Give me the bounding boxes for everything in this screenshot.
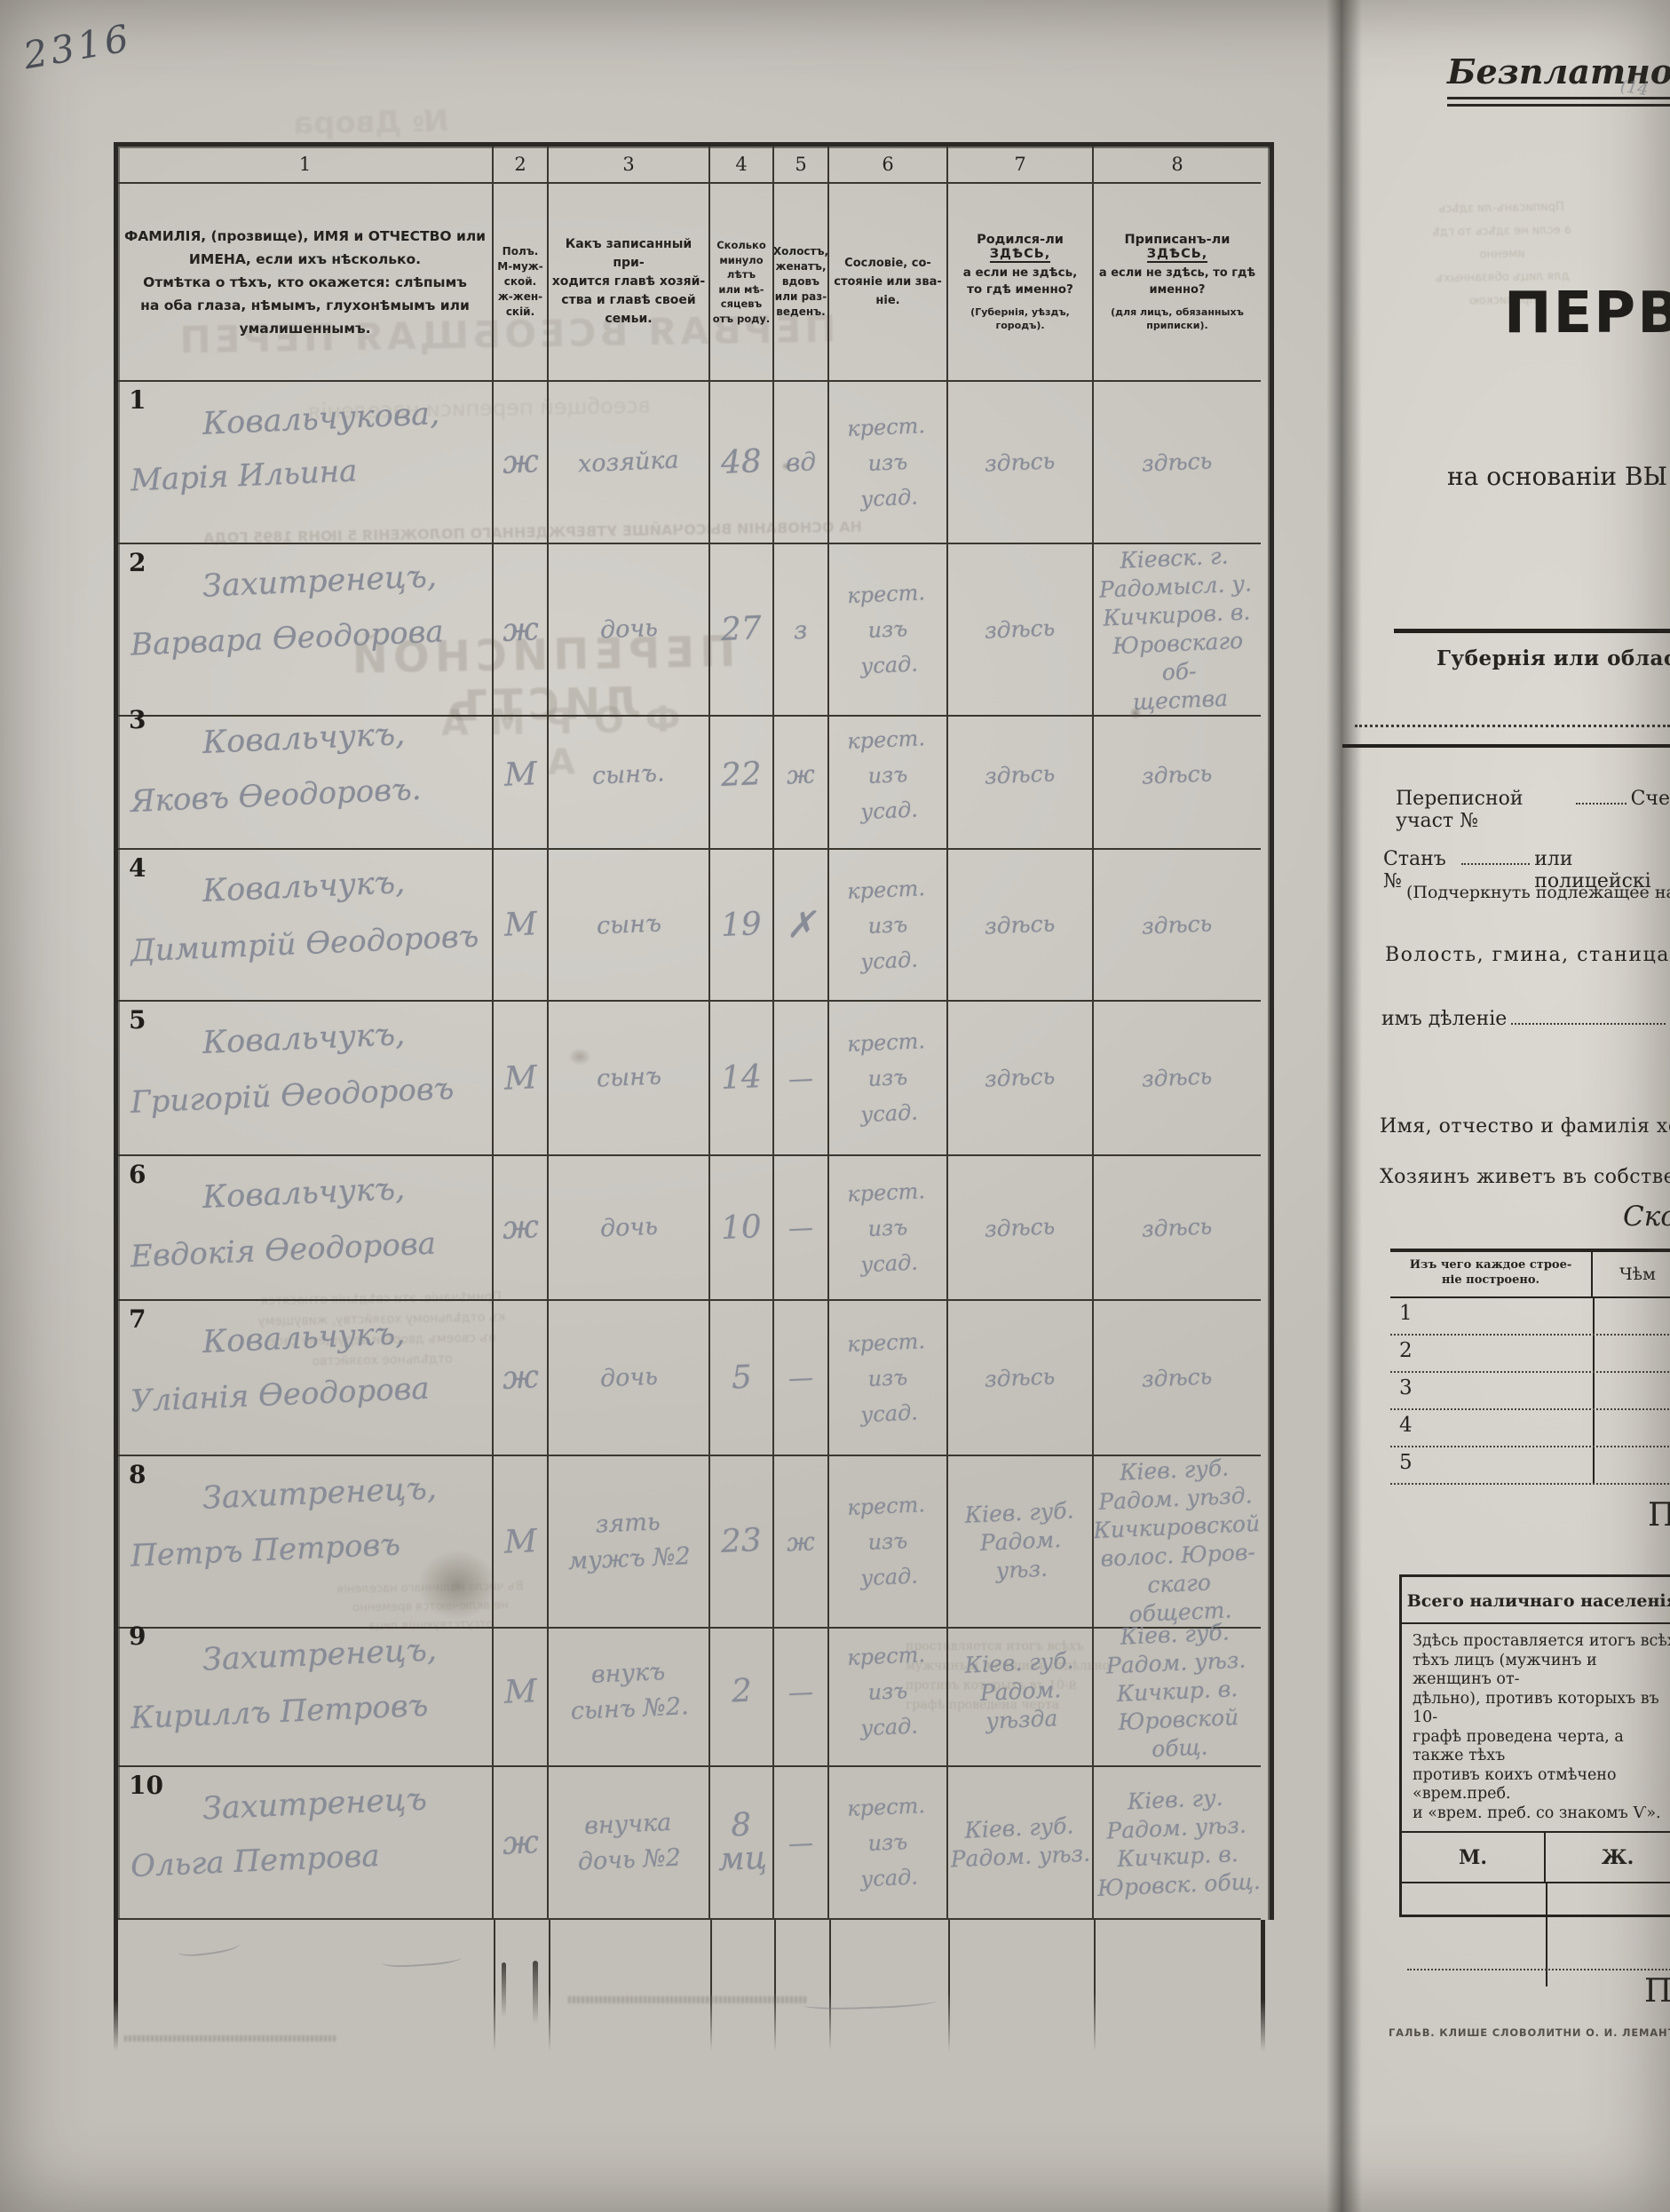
hw-age: 8 мц <box>716 1808 767 1877</box>
sex-cell: ж <box>494 1767 549 1920</box>
hw-surname: Ковальчукъ, <box>202 1017 406 1061</box>
marital-cell: з <box>774 544 829 717</box>
hw-estate: крест. изъ усад. <box>847 408 930 518</box>
illegible-microprint <box>568 1996 808 2003</box>
header-born-parenthetical: (Губернія, уѣздъ, городъ). <box>948 305 1092 332</box>
registered-cell: Кіев. гу. Радом. уѣз. Кичкир. в. Юровск.… <box>1094 1767 1261 1920</box>
ink-drip <box>502 1962 506 2018</box>
sex-cell: ж <box>494 382 549 544</box>
estate-cell: крест. изъ усад. <box>829 382 948 544</box>
hw-surname: Захитренецъ, <box>202 559 437 604</box>
row-number: 3 <box>129 705 146 734</box>
hw-birthplace: здѣсь <box>985 759 1056 790</box>
column-number: 1 <box>118 147 494 184</box>
sex-cell: М <box>494 1456 549 1629</box>
age-cell: 14 <box>710 1002 774 1156</box>
marital-cell: — <box>774 1618 829 1767</box>
hw-surname: Ковальчукъ, <box>202 717 406 761</box>
hw-estate: крест. изъ усад. <box>847 1173 930 1283</box>
table-row: 10ЗахитренецъОльга Петрова ж внучка дочь… <box>118 1767 1270 1920</box>
name-cell: 4Ковальчукъ,Димитрій Ѳеодоровъ <box>118 850 494 1002</box>
column-number: 5 <box>774 147 829 184</box>
male-column-header: М. <box>1402 1833 1546 1882</box>
born-cell: здѣсь <box>948 1156 1094 1301</box>
hw-age: 14 <box>720 1060 762 1096</box>
column-number: 7 <box>948 147 1094 184</box>
female-column-header: Ж. <box>1546 1833 1670 1882</box>
table-row: 6Ковальчукъ,Евдокія Ѳеодорова ж дочь 10 … <box>118 1156 1270 1301</box>
hw-marital: — <box>788 1212 813 1242</box>
hw-birthplace: здѣсь <box>985 614 1056 645</box>
estate-cell: крест. изъ усад. <box>829 544 948 717</box>
table-row: 9Захитренецъ,Кириллъ Петровъ М внукъ сын… <box>118 1618 1270 1767</box>
name-cell: 2Захитренецъ,Варвара Ѳеодорова <box>118 544 494 717</box>
ink-drip <box>533 1961 538 2025</box>
owner-name-line: Имя, отчество и фамилія хоз <box>1380 1115 1670 1138</box>
relation-cell: сынъ <box>549 850 710 1002</box>
table-row: 3Ковальчукъ,Яковъ Ѳеодоровъ. М сынъ. 22 … <box>118 702 1270 850</box>
hw-sex: М <box>503 1523 538 1561</box>
row-number: 8 <box>129 1460 146 1489</box>
hw-given-name: Марія Ильина <box>130 453 358 498</box>
building-row: 2 <box>1390 1336 1670 1373</box>
hw-estate: крест. изъ усад. <box>847 720 930 830</box>
hw-birthplace: Кіев. губ. Радом. уѣзда <box>963 1646 1076 1736</box>
age-cell: 22 <box>710 702 774 850</box>
hw-relation: зять мужъ №2 <box>566 1503 691 1580</box>
cut-word: По <box>1648 1497 1670 1534</box>
handwritten-corner-note: (14 <box>1619 76 1650 100</box>
hw-sex: М <box>503 906 538 944</box>
hw-marital: ж <box>786 759 815 789</box>
born-cell: здѣсь <box>948 702 1094 850</box>
born-cell: здѣсь <box>948 850 1094 1002</box>
hw-registration: Кіев. губ. Радом. уѣз. Кичкир. в. Юровск… <box>1091 1617 1264 1766</box>
hw-marital: — <box>788 1827 813 1858</box>
header-sex-column: Полъ. М-муж- ской. ж-жен- скій. <box>494 184 549 382</box>
header-born-column: Родился-ли ЗДѢСЬ, а если не здѣсь, то гд… <box>948 184 1094 382</box>
hw-surname: Ковальчукова, <box>202 396 440 442</box>
registered-cell: Кіевск. г. Радомысл. у. Кичкиров. в. Юро… <box>1094 544 1261 717</box>
hw-birthplace: здѣсь <box>985 1062 1056 1093</box>
hw-age: 19 <box>720 908 762 943</box>
hw-sex: ж <box>502 1209 540 1247</box>
population-note: Здѣсь проставляется итогъ всѣх тѣхъ лицъ… <box>1402 1624 1670 1823</box>
hw-registration: Кіев. губ. Радом. уѣзд. Кичкировской вол… <box>1090 1453 1264 1630</box>
estate-cell: крест. изъ усад. <box>829 1456 948 1629</box>
name-cell: 1Ковальчукова,Марія Ильина <box>118 382 494 544</box>
buildings-table: Изъ чего каждое строе- ніе построено. Чѣ… <box>1390 1249 1670 1485</box>
hw-relation: сынъ <box>596 906 662 944</box>
fill-in-dots <box>1511 1003 1666 1025</box>
province-label: Губернія или область: <box>1437 646 1670 670</box>
table-row: 5Ковальчукъ,Григорій Ѳеодоровъ М сынъ 14… <box>118 1002 1270 1156</box>
row-number: 9 <box>129 1621 146 1651</box>
hw-surname: Ковальчукъ, <box>202 1171 406 1216</box>
hw-registration: здѣсь <box>1142 1362 1213 1393</box>
hw-marital-crossed: ✗ <box>785 904 816 946</box>
table-row: 2Захитренецъ,Варвара Ѳеодорова ж дочь 27… <box>118 544 1270 702</box>
marital-cell: — <box>774 1767 829 1920</box>
row-number: 10 <box>129 1771 163 1800</box>
hw-sex: М <box>503 1673 538 1711</box>
hw-relation: внучка дочь №2 <box>575 1805 682 1881</box>
registered-cell: здѣсь <box>1094 702 1261 850</box>
hw-age: 23 <box>720 1524 762 1559</box>
registered-cell: здѣсь <box>1094 1301 1261 1456</box>
hw-surname: Захитренецъ, <box>202 1471 437 1516</box>
illegible-microprint <box>124 2035 337 2042</box>
hw-estate: крест. изъ усад. <box>847 1323 930 1433</box>
division-label: имъ дѣленіе <box>1381 1008 1507 1030</box>
census-district-line: Переписной участ № Сче <box>1396 783 1670 832</box>
relation-cell: хозяйка <box>549 382 710 544</box>
marital-cell: ж <box>774 1456 829 1629</box>
hw-marital: з <box>794 614 809 645</box>
sex-cell: М <box>494 1618 549 1767</box>
hw-age: 5 <box>731 1360 753 1395</box>
relation-cell: сынъ <box>549 1002 710 1156</box>
hw-birthplace: здѣсь <box>985 909 1056 940</box>
registered-cell: здѣсь <box>1094 1156 1261 1301</box>
header-estate-column: Сословіе, со- стояніе или зва- ніе. <box>829 184 948 382</box>
dwelling-line: Хозяинъ живетъ въ собствен <box>1380 1166 1670 1188</box>
buildings-table-header: Изъ чего каждое строе- ніе построено. Чѣ… <box>1390 1252 1670 1298</box>
hw-sex: М <box>503 1059 538 1098</box>
building-row-number: 4 <box>1399 1414 1413 1437</box>
name-cell: 7Ковальчукъ,Уліанія Ѳеодорова <box>118 1301 494 1456</box>
column-number: 4 <box>710 147 774 184</box>
hw-surname: Захитренецъ <box>202 1782 427 1827</box>
header-row: ФАМИЛІЯ, (прозвище), ИМЯ и ОТЧЕСТВО или … <box>118 184 1270 382</box>
age-cell: 8 мц <box>710 1767 774 1920</box>
hw-relation: сынъ. <box>591 756 665 795</box>
hw-birthplace: здѣсь <box>985 447 1056 478</box>
table-row: 7Ковальчукъ,Уліанія Ѳеодорова ж дочь 5 —… <box>118 1301 1270 1456</box>
marital-cell: ✗ <box>774 850 829 1002</box>
hw-estate: крест. изъ усад. <box>847 1023 930 1133</box>
age-cell: 19 <box>710 850 774 1002</box>
hw-age: 48 <box>720 445 762 480</box>
building-row-number: 3 <box>1399 1376 1413 1399</box>
hw-relation: дочь <box>599 611 659 649</box>
hw-given-name: Евдокія Ѳеодорова <box>130 1226 436 1275</box>
hw-estate: крест. изъ усад. <box>847 870 930 980</box>
fill-in-dots <box>1461 844 1530 865</box>
age-cell: 5 <box>710 1301 774 1456</box>
building-row: 4 <box>1390 1410 1670 1447</box>
male-female-header: М. Ж. <box>1402 1831 1670 1883</box>
column-number: 3 <box>549 147 710 184</box>
header-relation-column: Какъ записанный при- ходится главѣ хозяй… <box>549 184 710 382</box>
hw-registration: здѣсь <box>1142 759 1213 790</box>
hw-given-name: Григорій Ѳеодоровъ <box>130 1071 455 1121</box>
hw-registration: здѣсь <box>1142 447 1213 478</box>
census-district-tail: Сче <box>1631 788 1670 810</box>
marital-cell: вд <box>774 382 829 544</box>
hw-age: 22 <box>720 757 762 793</box>
hw-registration: здѣсь <box>1142 909 1213 940</box>
estate-cell: крест. изъ усад. <box>829 1767 948 1920</box>
table-row: 8Захитренецъ,Петръ Петровъ М зять мужъ №… <box>118 1456 1270 1618</box>
male-female-cells <box>1402 1883 1670 1986</box>
column-divider <box>1546 1883 1547 1986</box>
estate-cell: крест. изъ усад. <box>829 1301 948 1456</box>
hw-registration: здѣсь <box>1142 1212 1213 1243</box>
header-born-rest: а если не здѣсь, то гдѣ именно? <box>963 265 1078 298</box>
hw-sex: ж <box>502 611 540 649</box>
roof-header-fragment: Чѣм <box>1593 1252 1670 1296</box>
hw-relation: хозяйка <box>577 442 679 482</box>
hw-age: 10 <box>720 1210 762 1246</box>
sex-cell: М <box>494 850 549 1002</box>
scanned-census-sheet: 2316 № Двора ПЕРВАЯ ВСЕОБЩАЯ ПЕРЕП всеоб… <box>0 0 1670 2212</box>
hw-given-name: Уліанія Ѳеодорова <box>130 1371 430 1420</box>
header-registered-column: Приписанъ-ли ЗДѢСЬ, а если не здѣсь, то … <box>1094 184 1261 382</box>
estate-cell: крест. изъ усад. <box>829 850 948 1002</box>
estate-cell: крест. изъ усад. <box>829 1618 948 1767</box>
hw-estate: крест. изъ усад. <box>847 1487 930 1597</box>
age-cell: 10 <box>710 1156 774 1301</box>
sex-cell: М <box>494 702 549 850</box>
hw-birthplace: Кіев. губ. Радом. уѣз. <box>949 1812 1091 1875</box>
volost-line: Волость, гмина, станица и <box>1385 944 1670 966</box>
building-row: 5 <box>1390 1447 1670 1485</box>
header-registered-rest: а если не здѣсь, то гдѣ именно? <box>1099 265 1255 298</box>
handwritten-page-number: 2316 <box>20 16 136 78</box>
divider-rule <box>1394 629 1670 633</box>
relation-cell: дочь <box>549 1156 710 1301</box>
hw-marital: — <box>788 1677 813 1707</box>
estate-cell: крест. изъ усад. <box>829 1002 948 1156</box>
relation-cell: сынъ. <box>549 702 710 850</box>
column-number: 6 <box>829 147 948 184</box>
hw-marital: ж <box>786 1526 815 1557</box>
hw-given-name: Ольга Петрова <box>130 1838 380 1884</box>
census-table: 1 2 3 4 5 6 7 8 ФАМИЛІЯ, (прозвище), ИМЯ… <box>114 142 1274 1920</box>
sex-cell: ж <box>494 1301 549 1456</box>
marital-cell: ж <box>774 702 829 850</box>
age-cell: 2 <box>710 1618 774 1767</box>
hw-marital: — <box>788 1063 813 1093</box>
header-marital-column: Холостъ, женатъ, вдовъ или раз- веденъ. <box>774 184 829 382</box>
born-cell: Кіев. губ. Радом. уѣз. <box>948 1456 1094 1629</box>
estate-cell: крест. изъ усад. <box>829 1156 948 1301</box>
row-number: 1 <box>129 385 146 415</box>
header-registered-parenthetical: (для лицъ, обязанныхъ приписки). <box>1111 305 1244 332</box>
building-row-number: 2 <box>1399 1339 1413 1362</box>
header-born-emphasis: ЗДѢСЬ, <box>990 247 1051 263</box>
row-number: 6 <box>129 1160 146 1189</box>
material-header: Изъ чего каждое строе- ніе построено. <box>1390 1252 1593 1296</box>
how-many-fragment: Скол <box>1623 1201 1670 1233</box>
hw-birthplace: Кіев. губ. Радом. уѣз. <box>963 1496 1076 1586</box>
relation-cell: дочь <box>549 1301 710 1456</box>
basis-line-fragment: на основаніи ВЫ <box>1447 462 1667 491</box>
hw-marital: вд <box>785 447 816 477</box>
hw-sex: ж <box>502 1359 540 1397</box>
estate-cell: крест. изъ усад. <box>829 702 948 850</box>
hw-estate: крест. изъ усад. <box>847 575 930 685</box>
buildings-table-body: 1 2 3 4 5 <box>1390 1298 1670 1485</box>
hw-relation: дочь <box>599 1209 659 1247</box>
header-born-text: Родился-ли <box>977 233 1064 247</box>
sex-cell: ж <box>494 1156 549 1301</box>
fill-in-dotted-line <box>1355 725 1670 727</box>
hw-relation: дочь <box>599 1359 659 1397</box>
underline-instruction: (Подчеркнуть подлежащее назва <box>1406 883 1670 902</box>
sex-cell: М <box>494 1002 549 1156</box>
marital-cell: — <box>774 1002 829 1156</box>
name-cell: 9Захитренецъ,Кириллъ Петровъ <box>118 1618 494 1767</box>
born-cell: Кіев. губ. Радом. уѣзда <box>948 1618 1094 1767</box>
hw-given-name: Петръ Петровъ <box>130 1526 400 1574</box>
marital-cell: — <box>774 1156 829 1301</box>
born-cell: здѣсь <box>948 544 1094 717</box>
header-registered-emphasis: ЗДѢСЬ, <box>1147 247 1208 263</box>
hw-relation: внукъ сынъ №2. <box>568 1653 689 1730</box>
hw-given-name: Яковъ Ѳеодоровъ. <box>130 772 422 820</box>
registered-cell: здѣсь <box>1094 382 1261 544</box>
born-cell: здѣсь <box>948 382 1094 544</box>
born-cell: здѣсь <box>948 1002 1094 1156</box>
header-registered-text: Приписанъ-ли <box>1125 233 1231 247</box>
hw-estate: крест. изъ усад. <box>847 1637 930 1747</box>
hw-relation: сынъ <box>596 1058 662 1097</box>
hw-given-name: Кириллъ Петровъ <box>130 1688 429 1737</box>
hw-estate: крест. изъ усад. <box>847 1788 930 1898</box>
population-total-box: Всего наличнаго населенія. Здѣсь простав… <box>1399 1574 1670 1917</box>
relation-cell: внукъ сынъ №2. <box>549 1618 710 1767</box>
hw-birthplace: здѣсь <box>985 1212 1056 1243</box>
header-name-column: ФАМИЛІЯ, (прозвище), ИМЯ и ОТЧЕСТВО или … <box>118 184 494 382</box>
left-page: 2316 № Двора ПЕРВАЯ ВСЕОБЩАЯ ПЕРЕП всеоб… <box>0 0 1342 2212</box>
hw-age: 27 <box>720 612 762 647</box>
marital-cell: — <box>774 1301 829 1456</box>
registered-cell: здѣсь <box>1094 850 1261 1002</box>
table-row: 1Ковальчукова,Марія Ильина ж хозяйка 48 … <box>118 382 1270 544</box>
name-cell: 6Ковальчукъ,Евдокія Ѳеодорова <box>118 1156 494 1301</box>
table-tail-rules <box>114 1920 1265 2051</box>
hw-surname: Ковальчукъ, <box>202 865 406 909</box>
census-title-fragment: ПЕРВА <box>1504 281 1670 346</box>
name-cell: 5Ковальчукъ,Григорій Ѳеодоровъ <box>118 1002 494 1156</box>
header-age-column: Сколько минуло лѣтъ или мѣ- сяцевъ отъ р… <box>710 184 774 382</box>
column-number-row: 1 2 3 4 5 6 7 8 <box>118 147 1270 184</box>
building-row: 3 <box>1390 1373 1670 1410</box>
sex-cell: ж <box>494 544 549 717</box>
hw-given-name: Варвара Ѳеодорова <box>130 614 444 662</box>
registered-cell: здѣсь <box>1094 1002 1261 1156</box>
hw-sex: ж <box>502 443 540 481</box>
relation-cell: внучка дочь №2 <box>549 1767 710 1920</box>
age-cell: 48 <box>710 382 774 544</box>
division-line: имъ дѣленіе <box>1381 1003 1670 1030</box>
age-cell: 23 <box>710 1456 774 1629</box>
column-number: 8 <box>1094 147 1261 184</box>
registered-cell: Кіев. губ. Радом. уѣзд. Кичкировской вол… <box>1094 1456 1261 1629</box>
name-cell: 10ЗахитренецъОльга Петрова <box>118 1767 494 1920</box>
born-cell: Кіев. губ. Радом. уѣз. <box>948 1767 1094 1920</box>
row-number: 2 <box>129 548 146 577</box>
relation-cell: дочь <box>549 544 710 717</box>
hw-registration: Кіев. гу. Радом. уѣз. Кичкир. в. Юровск.… <box>1094 1782 1262 1903</box>
age-cell: 27 <box>710 544 774 717</box>
census-district-label: Переписной участ № <box>1396 788 1571 832</box>
name-cell: 3Ковальчукъ,Яковъ Ѳеодоровъ. <box>118 702 494 850</box>
printer-credit: ГАЛЬВ. КЛИШЕ СЛОВОЛИТНИ О. И. ЛЕМАНЪ, СП… <box>1389 2026 1670 2039</box>
hw-surname: Захитренецъ, <box>202 1632 437 1677</box>
hw-age: 2 <box>731 1675 753 1709</box>
hw-surname: Ковальчукъ, <box>202 1316 406 1360</box>
column-number: 2 <box>494 147 549 184</box>
row-number: 5 <box>129 1005 146 1035</box>
table-row: 4Ковальчукъ,Димитрій Ѳеодоровъ М сынъ 19… <box>118 850 1270 1002</box>
page-fold-shadow <box>1326 0 1342 2212</box>
cut-word: По <box>1644 1973 1670 2010</box>
row-number: 4 <box>129 853 146 883</box>
registered-cell: Кіев. губ. Радом. уѣз. Кичкир. в. Юровск… <box>1094 1618 1261 1767</box>
building-row-number: 1 <box>1399 1302 1413 1325</box>
hw-marital: — <box>788 1362 813 1392</box>
right-page: Безплатно. Приписанъ-ли здѣсь а если не … <box>1342 0 1670 2212</box>
bleed-through-house-number: № Двора <box>293 103 449 141</box>
building-row-number: 5 <box>1399 1451 1413 1474</box>
name-cell: 8Захитренецъ,Петръ Петровъ <box>118 1456 494 1629</box>
hw-given-name: Димитрій Ѳеодоровъ <box>130 918 479 969</box>
hw-registration: здѣсь <box>1142 1062 1213 1093</box>
born-cell: здѣсь <box>948 1301 1094 1456</box>
relation-cell: зять мужъ №2 <box>549 1456 710 1629</box>
row-number: 7 <box>129 1304 146 1334</box>
hw-sex: ж <box>502 1824 540 1862</box>
population-total-title: Всего наличнаго населенія. <box>1402 1591 1670 1611</box>
hw-birthplace: здѣсь <box>985 1362 1056 1393</box>
building-row: 1 <box>1390 1298 1670 1336</box>
divider-rule <box>1342 744 1670 748</box>
fill-in-dots <box>1576 783 1626 805</box>
hw-sex: М <box>503 756 538 794</box>
hw-registration: Кіевск. г. Радомысл. у. Кичкиров. в. Юро… <box>1090 541 1264 718</box>
